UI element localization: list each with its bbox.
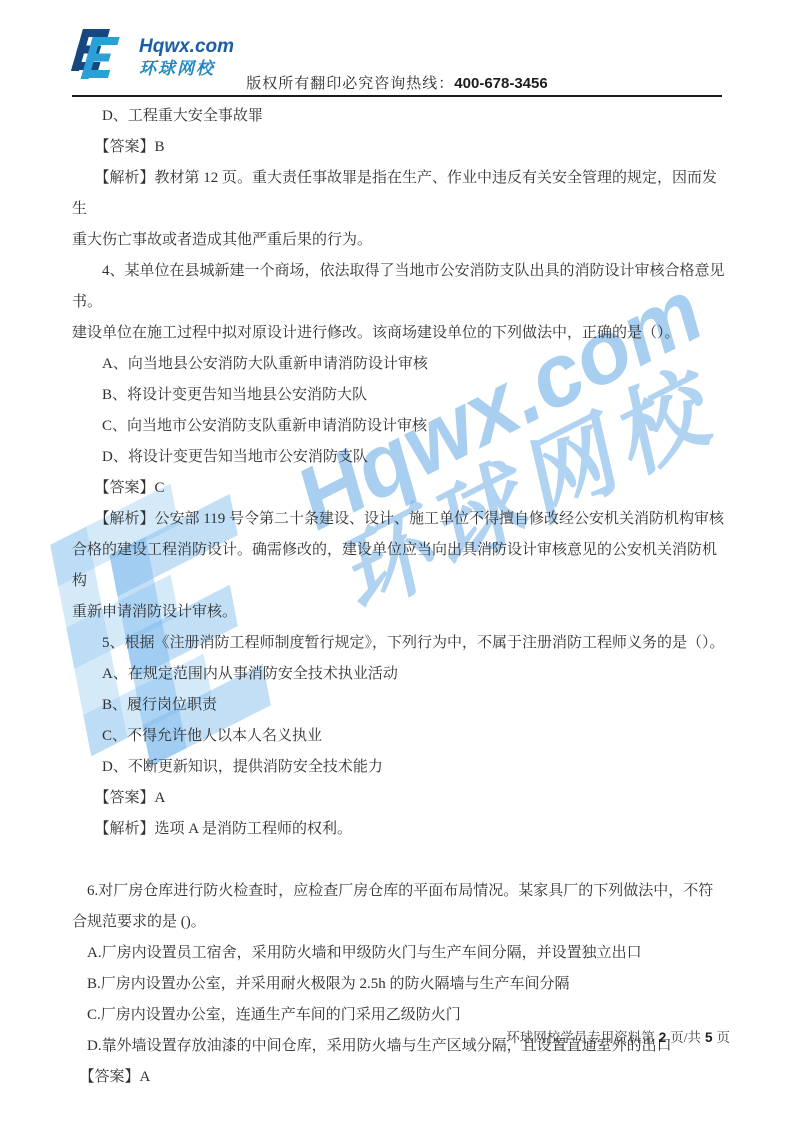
copyright-line: 版权所有翻印必究咨询热线：400-678-3456 — [72, 72, 722, 93]
text-line — [72, 845, 730, 876]
text-line: D、不断更新知识，提供消防安全技术能力 — [72, 752, 730, 783]
text-line: C、向当地市公安消防支队重新申请消防设计审核 — [72, 411, 730, 442]
hotline-number: 400-678-3456 — [454, 75, 547, 92]
text-line: 重新申请消防设计审核。 — [72, 597, 730, 628]
text-line: 【解析】教材第 12 页。重大责任事故罪是指在生产、作业中违反有关安全管理的规定… — [72, 163, 730, 225]
text-line: 【解析】公安部 119 号令第二十条建设、设计、施工单位不得擅自修改经公安机关消… — [72, 504, 730, 535]
header-divider — [72, 95, 722, 97]
text-line: 合规范要求的是 ()。 — [72, 907, 730, 938]
text-line: 6.对厂房仓库进行防火检查时，应检查厂房仓库的平面布局情况。某家具厂的下列做法中… — [72, 876, 730, 907]
text-line: B、履行岗位职责 — [72, 690, 730, 721]
text-line: 4、某单位在县城新建一个商场，依法取得了当地市公安消防支队出具的消防设计审核合格… — [72, 256, 730, 318]
text-line: 【答案】B — [72, 132, 730, 163]
text-line: B.厂房内设置办公室，并采用耐火极限为 2.5h 的防火隔墙与生产车间分隔 — [72, 969, 730, 1000]
footer-mid: 页/共 — [670, 1030, 701, 1045]
text-line: 【解析】选项 A 是消防工程师的权利。 — [72, 814, 730, 845]
text-line: A.厂房内设置员工宿舍，采用防火墙和甲级防火门与生产车间分隔，并设置独立出口 — [72, 938, 730, 969]
content-area: D、工程重大安全事故罪 【答案】B 【解析】教材第 12 页。重大责任事故罪是指… — [72, 101, 730, 1093]
text-line: 【答案】A — [72, 1062, 730, 1093]
text-line: 重大伤亡事故或者造成其他严重后果的行为。 — [72, 225, 730, 256]
text-line: 合格的建设工程消防设计。确需修改的，建设单位应当向出具消防设计审核意见的公安机关… — [72, 535, 730, 597]
text-line: 【答案】A — [72, 783, 730, 814]
footer-prefix: 环球网校学员专用资料第 — [506, 1030, 655, 1045]
text-line: 5、根据《注册消防工程师制度暂行规定》，下列行为中，不属于注册消防工程师义务的是… — [72, 628, 730, 659]
text-line: B、将设计变更告知当地县公安消防大队 — [72, 380, 730, 411]
text-line: D、将设计变更告知当地市公安消防支队 — [72, 442, 730, 473]
text-line: A、向当地县公安消防大队重新申请消防设计审核 — [72, 349, 730, 380]
footer-suffix: 页 — [717, 1030, 731, 1045]
text-line: A、在规定范围内从事消防安全技术执业活动 — [72, 659, 730, 690]
text-line: 【答案】C — [72, 473, 730, 504]
page-footer: 环球网校学员专用资料第2页/共5页 — [506, 1026, 730, 1046]
footer-page-total: 5 — [705, 1030, 713, 1045]
document-page: Hqwx.com 环球网校 Hqwx.com 环球网校 版权所有翻印必究咨询热线… — [0, 0, 793, 1122]
logo-brand-en: Hqwx.com — [139, 36, 234, 57]
text-line: 建设单位在施工过程中拟对原设计进行修改。该商场建设单位的下列做法中，正确的是（）… — [72, 318, 730, 349]
copyright-text: 版权所有翻印必究咨询热线： — [246, 76, 454, 92]
text-line: C、不得允许他人以本人名义执业 — [72, 721, 730, 752]
text-line: D、工程重大安全事故罪 — [72, 101, 730, 132]
footer-page-current: 2 — [659, 1030, 667, 1045]
